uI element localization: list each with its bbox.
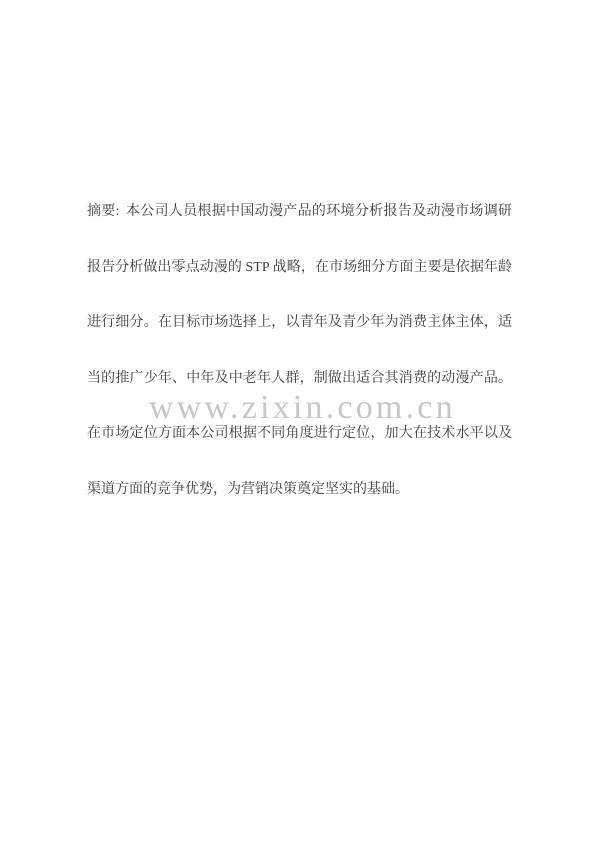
abstract-line: 渠道方面的竞争优势，为营销决策奠定坚实的基础。	[87, 462, 512, 518]
abstract-line: 报告分析做出零点动漫的 STP 战略，在市场细分方面主要是依据年龄	[87, 240, 512, 296]
abstract-line: 当的推广少年、中年及中老年人群，制做出适合其消费的动漫产品。	[87, 351, 512, 407]
abstract-label: 摘要:	[87, 204, 126, 219]
abstract-line: 在市场定位方面本公司根据不同角度进行定位，加大在技术水平以及	[87, 406, 512, 462]
abstract-line-text: 本公司人员根据中国动漫产品的环境分析报告及动漫市场调研	[126, 204, 512, 219]
abstract-paragraph: 摘要:本公司人员根据中国动漫产品的环境分析报告及动漫市场调研 报告分析做出零点动…	[87, 184, 512, 518]
document-page: www.zixin.com.cn 摘要:本公司人员根据中国动漫产品的环境分析报告…	[0, 0, 600, 849]
abstract-line: 进行细分。在目标市场选择上，以青年及青少年为消费主体主体，适	[87, 295, 512, 351]
abstract-line: 摘要:本公司人员根据中国动漫产品的环境分析报告及动漫市场调研	[87, 184, 512, 240]
